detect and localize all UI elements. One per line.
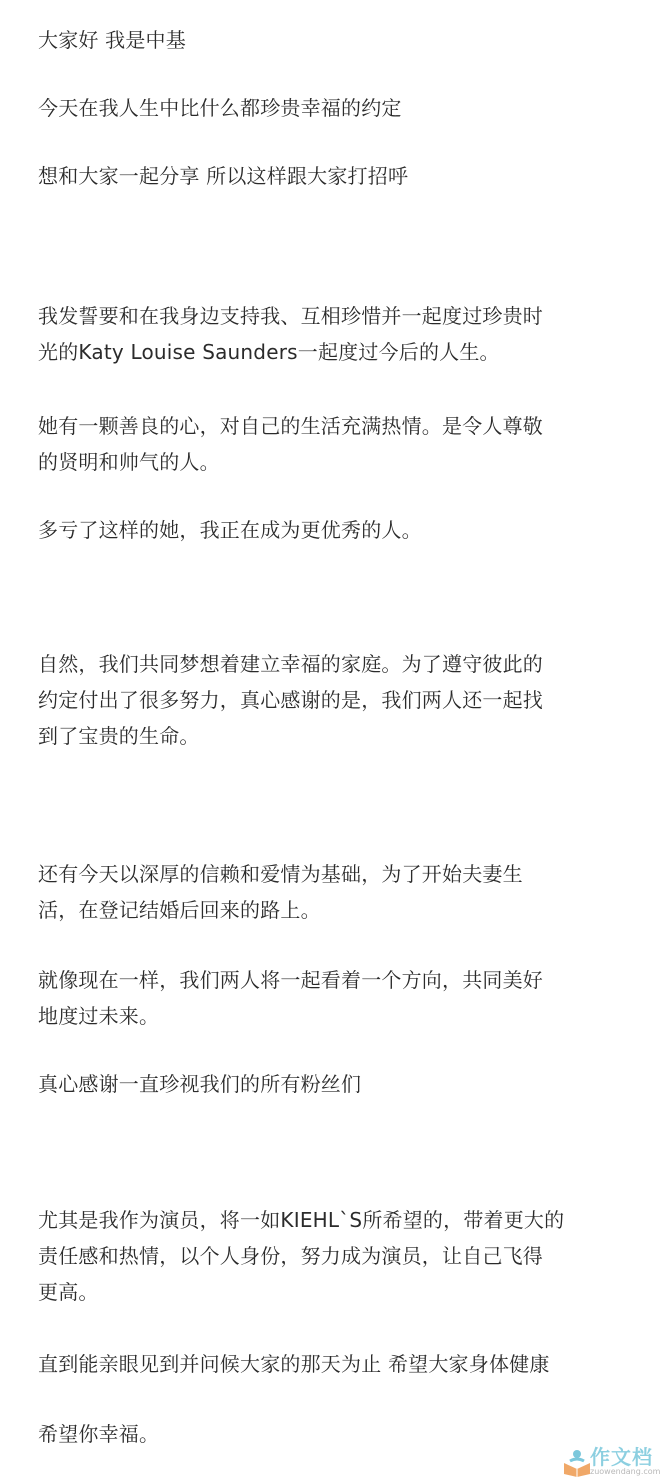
watermark-subtitle: zuowendang.com [590, 1467, 660, 1476]
paragraph: 自然，我们共同梦想着建立幸福的家庭。为了遵守彼此的 约定付出了很多努力，真心感谢… [38, 646, 638, 754]
watermark-title: 作文档 [590, 1441, 653, 1470]
paragraph: 想和大家一起分享 所以这样跟大家打招呼 [38, 158, 638, 194]
paragraph: 希望你幸福。 [38, 1416, 638, 1452]
paragraph: 我发誓要和在我身边支持我、互相珍惜并一起度过珍贵时 光的Katy Louise … [38, 298, 638, 370]
paragraph: 尤其是我作为演员，将一如KIEHL`S所希望的，带着更大的 责任感和热情，以个人… [38, 1202, 638, 1310]
watermark-logo: 作文档 zuowendang.com [562, 1441, 658, 1481]
paragraph: 就像现在一样，我们两人将一起看着一个方向，共同美好 地度过未来。 [38, 962, 638, 1034]
paragraph: 真心感谢一直珍视我们的所有粉丝们 [38, 1066, 638, 1102]
paragraph: 还有今天以深厚的信赖和爱情为基础，为了开始夫妻生 活，在登记结婚后回来的路上。 [38, 856, 638, 928]
paragraph: 多亏了这样的她，我正在成为更优秀的人。 [38, 512, 638, 548]
paragraph: 她有一颗善良的心，对自己的生活充满热情。是令人尊敬 的贤明和帅气的人。 [38, 408, 638, 480]
paragraph: 今天在我人生中比什么都珍贵幸福的约定 [38, 90, 638, 126]
paragraph: 大家好 我是中基 [38, 22, 638, 58]
paragraph: 直到能亲眼见到并问候大家的那天为止 希望大家身体健康 [38, 1346, 638, 1382]
book-reader-icon [562, 1447, 592, 1477]
